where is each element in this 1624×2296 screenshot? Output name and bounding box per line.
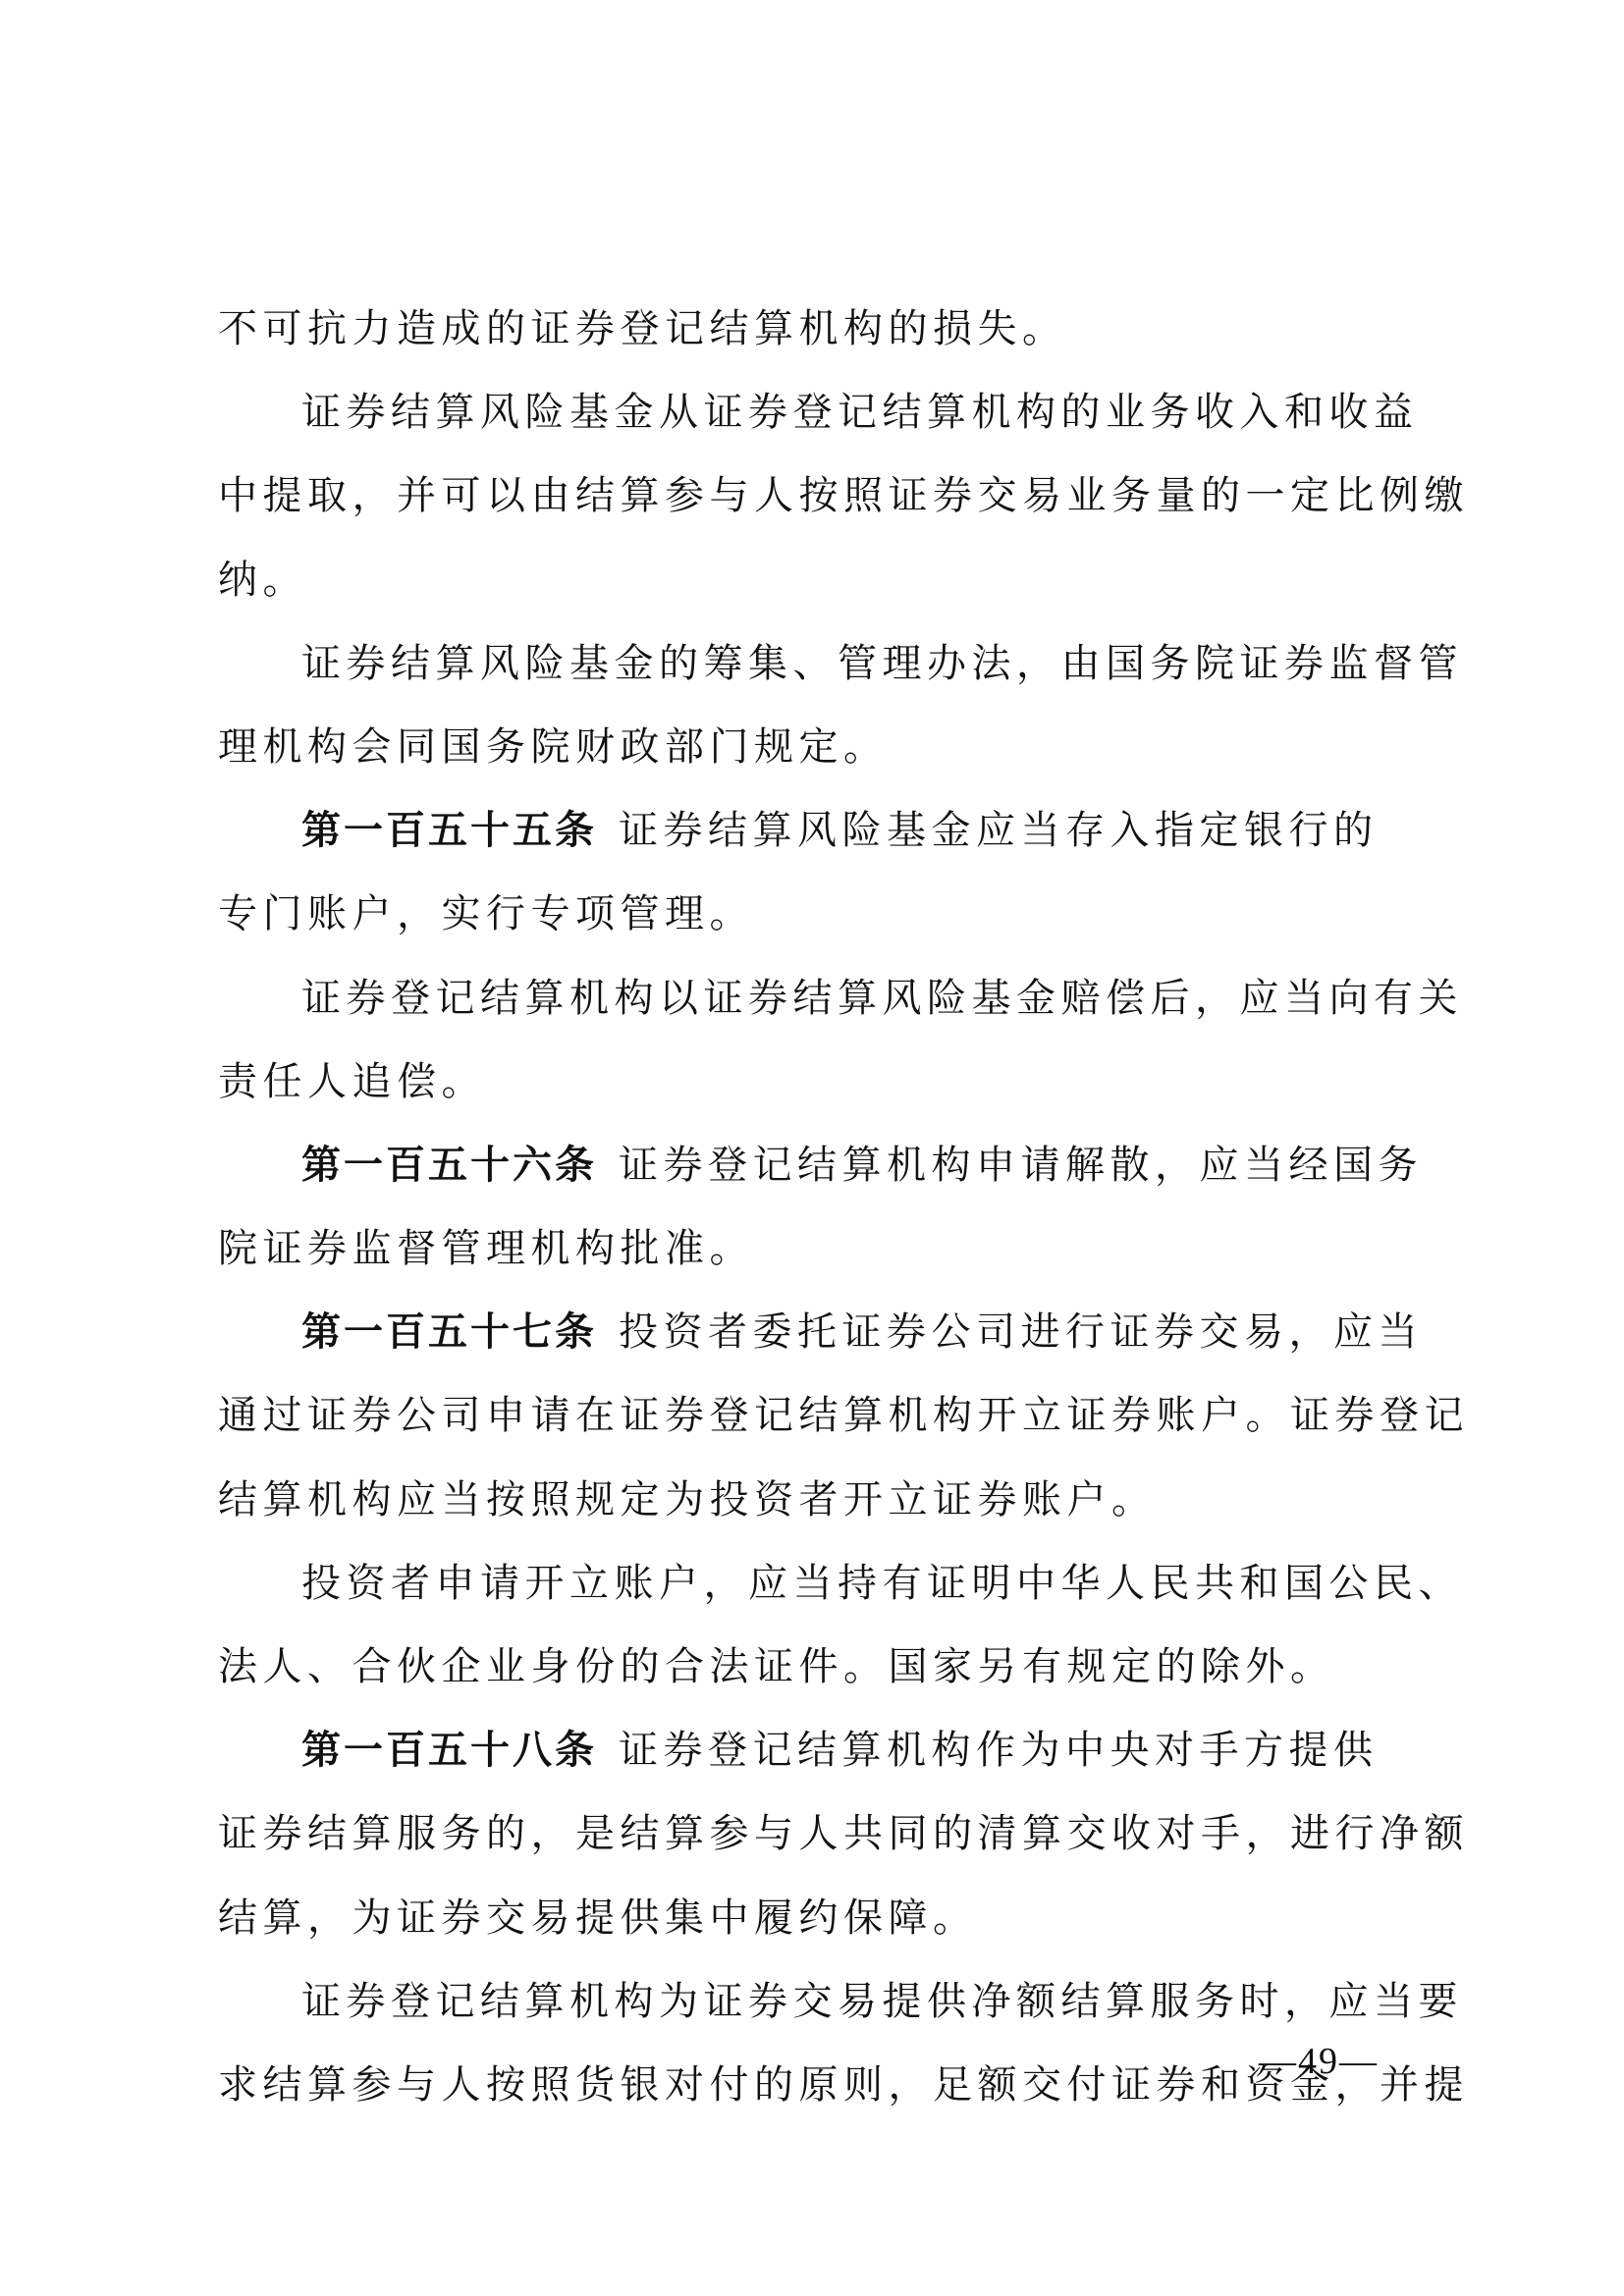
text-line: 院证券监督管理机构批准。 — [218, 1207, 1432, 1291]
text-line: 理机构会同国务院财政部门规定。 — [218, 706, 1432, 789]
line-text: 证券结算风险基金应当存入指定银行的 — [619, 808, 1379, 853]
text-line: 证券结算风险基金从证券登记结算机构的业务收入和收益 — [218, 371, 1432, 454]
line-text: 证券结算服务的，是结算参与人共同的清算交收对手，进行净额 — [218, 1811, 1469, 1856]
page-number: —49— — [1259, 2040, 1379, 2083]
line-text: 不可抗力造成的证券登记结算机构的损失。 — [218, 306, 1067, 351]
line-text: 结算机构应当按照规定为投资者开立证券账户。 — [218, 1477, 1157, 1522]
text-line: 第一百五十六条证券登记结算机构申请解散，应当经国务 — [218, 1124, 1432, 1207]
text-line: 求结算参与人按照货银对付的原则，足额交付证券和资金，并提 — [218, 2044, 1432, 2127]
text-line: 证券登记结算机构以证券结算风险基金赔偿后，应当向有关 — [218, 957, 1432, 1041]
line-text: 中提取，并可以由结算参与人按照证券交易业务量的一定比例缴 — [218, 473, 1469, 518]
line-text: 证券登记结算机构以证券结算风险基金赔偿后，应当向有关 — [301, 976, 1463, 1021]
line-text: 投资者申请开立账户，应当持有证明中华人民共和国公民、 — [301, 1561, 1463, 1606]
line-text: 理机构会同国务院财政部门规定。 — [218, 724, 889, 770]
text-line: 第一百五十七条投资者委托证券公司进行证券交易，应当 — [218, 1291, 1432, 1374]
article-heading: 第一百五十八条 — [301, 1728, 597, 1773]
text-line: 第一百五十八条证券登记结算机构作为中央对手方提供 — [218, 1709, 1432, 1792]
text-line: 结算机构应当按照规定为投资者开立证券账户。 — [218, 1459, 1432, 1542]
line-text: 证券登记结算机构作为中央对手方提供 — [619, 1728, 1379, 1773]
article-heading: 第一百五十六条 — [301, 1143, 597, 1188]
text-line: 证券登记结算机构为证券交易提供净额结算服务时，应当要 — [218, 1960, 1432, 2044]
text-line: 责任人追偿。 — [218, 1041, 1432, 1124]
line-text: 纳。 — [218, 558, 307, 603]
text-line: 第一百五十五条证券结算风险基金应当存入指定银行的 — [218, 789, 1432, 873]
article-heading: 第一百五十五条 — [301, 808, 597, 853]
text-line: 投资者申请开立账户，应当持有证明中华人民共和国公民、 — [218, 1542, 1432, 1626]
line-text: 证券结算风险基金的筹集、管理办法，由国务院证券监督管 — [301, 641, 1463, 686]
text-line: 纳。 — [218, 539, 1432, 622]
line-text: 证券结算风险基金从证券登记结算机构的业务收入和收益 — [301, 390, 1419, 435]
line-text: 结算，为证券交易提供集中履约保障。 — [218, 1896, 978, 1941]
article-heading: 第一百五十七条 — [301, 1309, 597, 1355]
line-text: 专门账户，实行专项管理。 — [218, 891, 754, 936]
line-text: 通过证券公司申请在证券登记结算机构开立证券账户。证券登记 — [218, 1393, 1469, 1438]
text-line: 不可抗力造成的证券登记结算机构的损失。 — [218, 288, 1432, 371]
line-text: 投资者委托证券公司进行证券交易，应当 — [619, 1309, 1423, 1355]
text-line: 专门账户，实行专项管理。 — [218, 873, 1432, 956]
line-text: 法人、合伙企业身份的合法证件。国家另有规定的除外。 — [218, 1644, 1335, 1689]
document-page: 不可抗力造成的证券登记结算机构的损失。 证券结算风险基金从证券登记结算机构的业务… — [0, 0, 1624, 2296]
line-text: 证券登记结算机构为证券交易提供净额结算服务时，应当要 — [301, 1979, 1463, 2024]
line-text: 证券登记结算机构申请解散，应当经国务 — [619, 1143, 1423, 1188]
line-text: 院证券监督管理机构批准。 — [218, 1226, 754, 1271]
body-text: 不可抗力造成的证券登记结算机构的损失。 证券结算风险基金从证券登记结算机构的业务… — [218, 288, 1432, 2127]
text-line: 中提取，并可以由结算参与人按照证券交易业务量的一定比例缴 — [218, 454, 1432, 538]
text-line: 证券结算风险基金的筹集、管理办法，由国务院证券监督管 — [218, 622, 1432, 706]
text-line: 通过证券公司申请在证券登记结算机构开立证券账户。证券登记 — [218, 1374, 1432, 1458]
text-line: 法人、合伙企业身份的合法证件。国家另有规定的除外。 — [218, 1626, 1432, 1709]
line-text: 责任人追偿。 — [218, 1059, 486, 1104]
text-line: 证券结算服务的，是结算参与人共同的清算交收对手，进行净额 — [218, 1792, 1432, 1876]
text-line: 结算，为证券交易提供集中履约保障。 — [218, 1877, 1432, 1960]
